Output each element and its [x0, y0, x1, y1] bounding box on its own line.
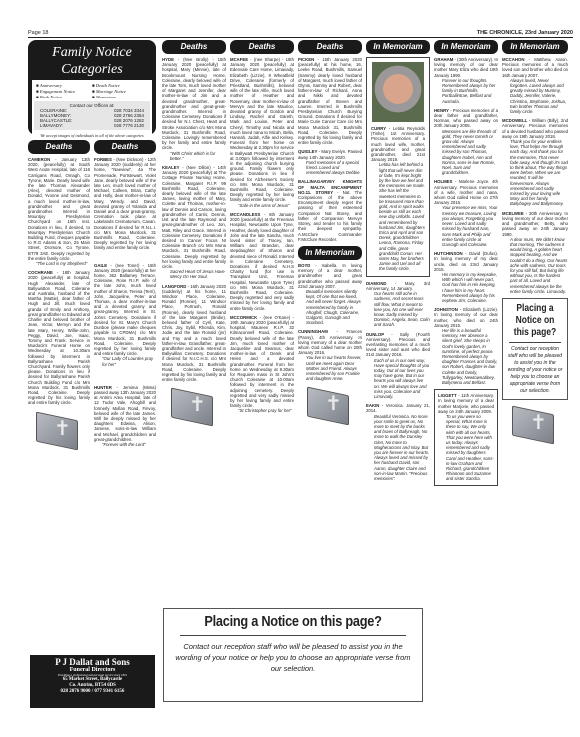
notice-text: - January 13th 2020, (peacefully) at Sou… [28, 157, 90, 261]
notice-text: - Letitia Reynolds (Tishe), 1st Annivers… [371, 126, 425, 162]
deaths-column-4: Deaths MCAFEE - (nee Sharpe) - 19th Janu… [230, 40, 294, 418]
notice-text: - (nee Toner) - 16th January 2020 (peace… [94, 263, 156, 356]
portrait-photo [372, 62, 424, 122]
bible-icon: ✝ [30, 412, 88, 452]
page-number: Page 18 [28, 30, 49, 36]
placing-small-body: Contact our reception staff who will be … [507, 346, 563, 395]
notice-entry: LANGFORD - 16th January 2020 (suddenly) … [162, 284, 226, 383]
notice-entry: HOLMES - Marlene Joyce. 4th Anniversary.… [434, 179, 498, 247]
notice-entry: EAKIN - Veronica. January 21, 2014.Beaut… [366, 403, 430, 481]
deaths-heading: Deaths [298, 40, 362, 54]
notice-text: - Nat. The Companions of the above Encam… [298, 190, 362, 242]
notice-entry: HUTCHINSON - David (Dufus). In loving me… [434, 251, 498, 303]
notice-verse: Memories are like threads of gold, They … [434, 129, 498, 176]
office-row: LIMAVADY:028 7776 2130 [40, 123, 144, 128]
notice-verse: Sacred Heart Of Jesus Have Mercy On Her … [162, 269, 226, 279]
curry-photo-notice: CURRY - Letitia Reynolds (Tishe), 1st An… [366, 57, 430, 277]
deaths-column-2: Deaths FORBES - (Nee Dickson) - 12th Jan… [94, 140, 156, 451]
notice-verse: Beautiful Veronica. No more your smile t… [366, 414, 430, 482]
contact-block: Contact our Offices at: COLERAINE:028 70… [32, 98, 152, 140]
notice-verse: Our hearts still ache in sadness, And se… [366, 291, 430, 327]
bible-icon: ✝ [301, 387, 359, 427]
memoriam-heading: In Memoriam [366, 40, 430, 54]
notice-text: - 16th January 2020 (suddenly) at his ho… [162, 284, 226, 383]
notice-entry: MCCORMICK - (nee O'Kane) - 19th January … [230, 315, 294, 414]
page-header: Page 18 THE CHRONICLE, 23rd January 2020 [28, 30, 573, 38]
notice-verse: "The Lord is my Shepherd" [28, 261, 90, 266]
placing-body: Contact our reception staff who will be … [172, 641, 414, 674]
placing-small-title: Placing a Notice on this page? [511, 303, 559, 339]
placing-notice-small-box: Placing a Notice on this page? Contact o… [502, 298, 568, 400]
notice-entry: COCHRANE - 18th January 2020 (peacefully… [28, 270, 90, 405]
notice-verse: "Forever with the Lord" [94, 442, 156, 447]
deaths-heading: Deaths [28, 140, 90, 154]
memoriam-column-8: In Memoriam MCCAHON - Matthew, Aaron. Pr… [502, 40, 568, 452]
memoriam-column-7: In Memoriam GRAHAM - (30th Anniversary).… [434, 40, 498, 490]
bible-icon: ✝ [165, 388, 223, 428]
bible-icon: ✝ [506, 406, 564, 446]
notice-entry: PICKEN - 15th January 2020 (peacefully) … [298, 57, 362, 145]
notice-text: - 18th January 2020 (peacefully) at hosp… [28, 270, 90, 405]
pj-dallat-advert: P J Dallat and Sons Funeral Directors Pr… [30, 655, 155, 708]
categories-title-2: Categories [32, 61, 152, 78]
memoriam-column-6: In Memoriam CURRY - Letitia Reynolds (Ti… [366, 40, 430, 485]
deaths-column-1: Deaths CAMERON - January 13th 2020, (pea… [28, 140, 90, 458]
notice-entry: GAILE - (nee Toner) - 16th January 2020 … [94, 263, 156, 367]
categories-title-1: Family Notice [32, 44, 152, 61]
notice-verse: Your presence we miss, Your memory we tr… [434, 205, 498, 247]
notice-verse: Each of us in our own way, Have special … [366, 358, 430, 400]
memoriam-heading: In Memoriam [298, 246, 362, 260]
notice-entry: CAMERON - January 13th 2020, (peacefully… [28, 157, 90, 266]
office-name: LIMAVADY: [40, 123, 63, 128]
memoriam-heading: In Memoriam [502, 40, 568, 54]
notice-text: - (nee Sharpe) - 19th January 2020 (peac… [230, 57, 294, 202]
notice-text: - Jemima (Mima) passed away 13th January… [94, 385, 156, 442]
memoriam-heading: In Memoriam [434, 40, 498, 54]
notice-entry: HYDE - (Nee Brolly) - 15th January 2020 … [162, 57, 226, 161]
notice-text: - (Nee Dillon) - 14th January 2020 (peac… [162, 165, 226, 269]
notice-verse: A dear mum, We didn't know that morning,… [502, 237, 568, 294]
notice-verse: Letitia has left behind a light that wil… [371, 162, 425, 271]
notice-verse: Forever in our thoughts. Remembered alwa… [434, 78, 498, 104]
notice-entry: KEALEY - (Nee Dillon) - 14th January 202… [162, 165, 226, 279]
deaths-column-5: Deaths PICKEN - 15th January 2020 (peace… [298, 40, 362, 433]
deaths-heading: Deaths [162, 40, 226, 54]
notice-entry: DUNLOP - Sally (Fourth Anniversary). Pre… [366, 332, 430, 400]
notice-verse: Beautiful memories silently kept, Of one… [298, 289, 362, 325]
notice-verse: You live in our hearts forever, Until we… [298, 355, 362, 381]
notice-verse: Thank you for your endless love, That he… [502, 139, 568, 207]
notice-entry: BOYD - Isabella. In loving memory of a d… [298, 263, 362, 325]
accept-note: We accept images of individuals in all o… [34, 133, 150, 138]
notice-entry: MCDOWELL - William (Billy), 2nd Annivers… [502, 118, 568, 206]
notice-entry: GRAHAM - (30th Anniversary). In loving m… [434, 57, 498, 104]
notice-verse: Fond memories of a special friend. Loved… [298, 160, 362, 176]
notice-text: - 15th January 2020 (peacefully) at his … [298, 57, 362, 145]
placing-title: Placing a Notice on this page? [190, 613, 396, 630]
dallat-phones: 028 2076 9000 / 077 9341 6156 [32, 689, 153, 694]
notice-verse: Always loved, Never forgotten. Loved alw… [502, 78, 568, 114]
deaths-heading: Deaths [94, 140, 156, 154]
publication-title: THE CHRONICLE, 23rd January 2020 [477, 30, 573, 36]
notice-entry: QUIGLEY - Mary Evelyn. Passed away 14th … [298, 149, 362, 175]
notice-entry: BALLINAGARVEY KNIGHTS OF MALTA ENCAMPMEN… [298, 179, 362, 241]
notice-entry: JOHNSTON - Elizabeth (Lizzie). In loving… [434, 307, 498, 385]
notice-verse: Her life is a beautiful memory, Her abse… [434, 328, 498, 385]
notice-entry: DIAMOND - Mary. 3rd Anniversary, 14 Janu… [366, 281, 430, 328]
notice-verse: His memory is my keepsake, With which I … [434, 272, 498, 303]
notice-verse: "With Christ which is far better." [162, 151, 226, 161]
notice-entry: MCAFEE - (nee Sharpe) - 19th January 202… [230, 57, 294, 208]
notice-entry: MCELWEE - 30th Anniversary. In loving me… [502, 211, 568, 294]
notice-text: - 6th January 2020 (peacefully) at the F… [230, 212, 294, 311]
notice-entry: HENRY - Precious memories of a dear fath… [434, 108, 498, 176]
notice-text: - (Nee Dickson) - 12th January 2020 (sud… [94, 157, 156, 250]
deaths-heading: Deaths [230, 40, 294, 54]
placing-notice-box: Placing a Notice on this page? Contact o… [163, 608, 423, 702]
notice-text: - (Nee Brolly) - 15th January 2020 (peac… [162, 57, 226, 150]
notice-verse: To us you were so special, What more is … [438, 414, 494, 482]
notice-entry: CUNNINGHAM - Frances (Pansy), 4th Annive… [298, 329, 362, 381]
deaths-column-3: Deaths HYDE - (Nee Brolly) - 15th Januar… [162, 40, 226, 434]
notice-verse: "Safe in the arms of Jesus" [230, 203, 294, 208]
notice-verse: "St Christopher pray for her" [230, 408, 294, 413]
contact-offices: Contact our Offices at: COLERAINE:028 70… [34, 101, 150, 130]
notice-entry: MCCANDLESS - 6th January 2020 (peacefull… [230, 212, 294, 311]
liggett-boxed-notice: LIGGETT - 11th Anniversary. In loving me… [434, 389, 498, 485]
office-phone: 028 7776 2130 [114, 123, 144, 128]
dallat-address-2: Co. Antrim, BT54 6DS [32, 683, 153, 689]
notice-entry: MCCAHON - Matthew, Aaron. Precious memor… [502, 57, 568, 114]
dallat-name: P J Dallat and Sons [32, 657, 153, 667]
notice-verse: "Our Lady Of Lourdes pray for her" [94, 356, 156, 366]
notice-text: - (nee O'Kane) - 19th January 2020 (peac… [230, 315, 294, 408]
notice-entry: HUNTER - Jemima (Mima) passed away 13th … [94, 385, 156, 447]
notice-entry: FORBES - (Nee Dickson) - 12th January 20… [94, 157, 156, 251]
newspaper-page: Page 18 THE CHRONICLE, 23rd January 2020… [28, 30, 573, 38]
